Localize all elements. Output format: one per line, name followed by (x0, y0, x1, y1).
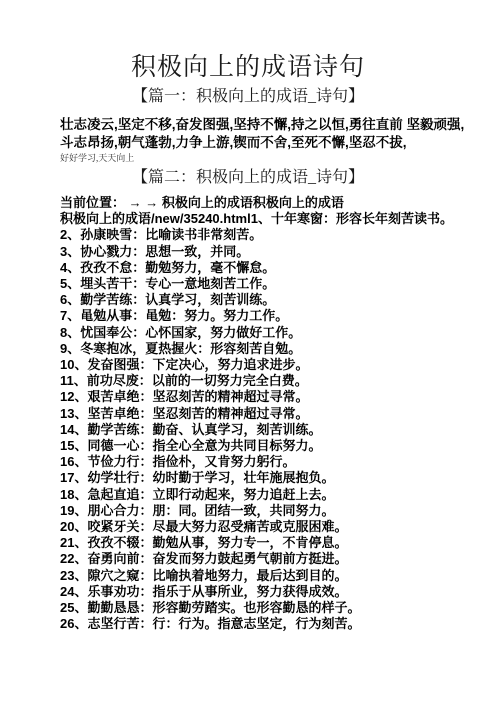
idiom-list-line: 4、孜孜不怠：勤勉努力，毫不懈怠。 (60, 260, 460, 276)
idiom-list-line: 19、朋心合力：朋：同。团结一致，共同努力。 (60, 503, 460, 519)
idiom-list-line: 13、坚苦卓绝：坚忍刻苦的精神超过寻常。 (60, 406, 460, 422)
section1-header: 【篇一：积极向上的成语_诗句】 (0, 86, 496, 107)
idiom-list-line: 23、隙穴之窥：比喻执着地努力，最后达到目的。 (60, 568, 460, 584)
idiom-list-line: 22、奋勇向前：奋发而努力鼓起勇气朝前方挺进。 (60, 551, 460, 567)
idiom-list-line: 9、冬寒抱冰，夏热握火：形容刻苦自勉。 (60, 341, 460, 357)
study-note: 好好学习,天天向上 (60, 153, 496, 164)
idiom-list-line: 14、勤学苦练：勤奋、认真学习，刻苦训练。 (60, 422, 460, 438)
idiom-list-line: 16、节俭力行：指俭朴，又肯努力躬行。 (60, 454, 460, 470)
idiom-list-line: 8、忧国奉公：心怀国家，努力做好工作。 (60, 325, 460, 341)
idiom-list: 当前位置： → → 积极向上的成语积极向上的成语 积极向上的成语/new/352… (60, 195, 460, 632)
idiom-list-line: 积极向上的成语/new/35240.html1、十年寒窗：形容长年刻苦读书。 (60, 211, 460, 227)
paragraph-line: 壮志凌云,坚定不移,奋发图强,坚持不懈,持之以恒,勇往直前 坚毅顽强, (60, 116, 452, 134)
idiom-list-line: 26、志坚行苦：行：行为。指意志坚定，行为刻苦。 (60, 616, 460, 632)
idiom-list-line: 17、幼学壮行：幼时勤于学习，壮年施展抱负。 (60, 470, 460, 486)
idiom-list-line: 18、急起直追：立即行动起来，努力追赶上去。 (60, 487, 460, 503)
paragraph-line: 斗志昂扬,朝气蓬勃,力争上游,锲而不舍,至死不懈,坚忍不拔, (60, 134, 452, 152)
idiom-list-line: 7、黾勉从事：黾勉：努力。努力工作。 (60, 308, 460, 324)
idiom-list-line: 3、协心戮力：思想一致，并同。 (60, 244, 460, 260)
idiom-list-line: 2、孙康映雪：比喻读书非常刻苦。 (60, 227, 460, 243)
idiom-list-line: 10、发奋图强：下定决心，努力追求进步。 (60, 357, 460, 373)
document-title: 积极向上的成语诗句 (0, 0, 496, 84)
document-page: 积极向上的成语诗句 【篇一：积极向上的成语_诗句】 壮志凌云,坚定不移,奋发图强… (0, 0, 496, 702)
idiom-list-line: 11、前功尽废：以前的一切努力完全白费。 (60, 373, 460, 389)
idiom-list-line: 15、同德一心：指全心全意为共同目标努力。 (60, 438, 460, 454)
idiom-list-line: 12、艰苦卓绝：坚忍刻苦的精神超过寻常。 (60, 389, 460, 405)
idiom-list-line: 当前位置： → → 积极向上的成语积极向上的成语 (60, 195, 460, 211)
intro-paragraph: 壮志凌云,坚定不移,奋发图强,坚持不懈,持之以恒,勇往直前 坚毅顽强, 斗志昂扬… (60, 116, 452, 152)
idiom-list-line: 24、乐事劝功：指乐于从事所业，努力获得成效。 (60, 584, 460, 600)
idiom-list-line: 25、勤勤恳恳：形容勤劳踏实。也形容勤恳的样子。 (60, 600, 460, 616)
idiom-list-line: 21、孜孜不辍：勤勉从事，努力专一，不肯停息。 (60, 535, 460, 551)
section2-header: 【篇二：积极向上的成语_诗句】 (0, 167, 496, 188)
idiom-list-line: 6、勤学苦练：认真学习，刻苦训练。 (60, 292, 460, 308)
idiom-list-line: 20、咬紧牙关：尽最大努力忍受痛苦或克服困难。 (60, 519, 460, 535)
idiom-list-line: 5、埋头苦干：专心一意地刻苦工作。 (60, 276, 460, 292)
